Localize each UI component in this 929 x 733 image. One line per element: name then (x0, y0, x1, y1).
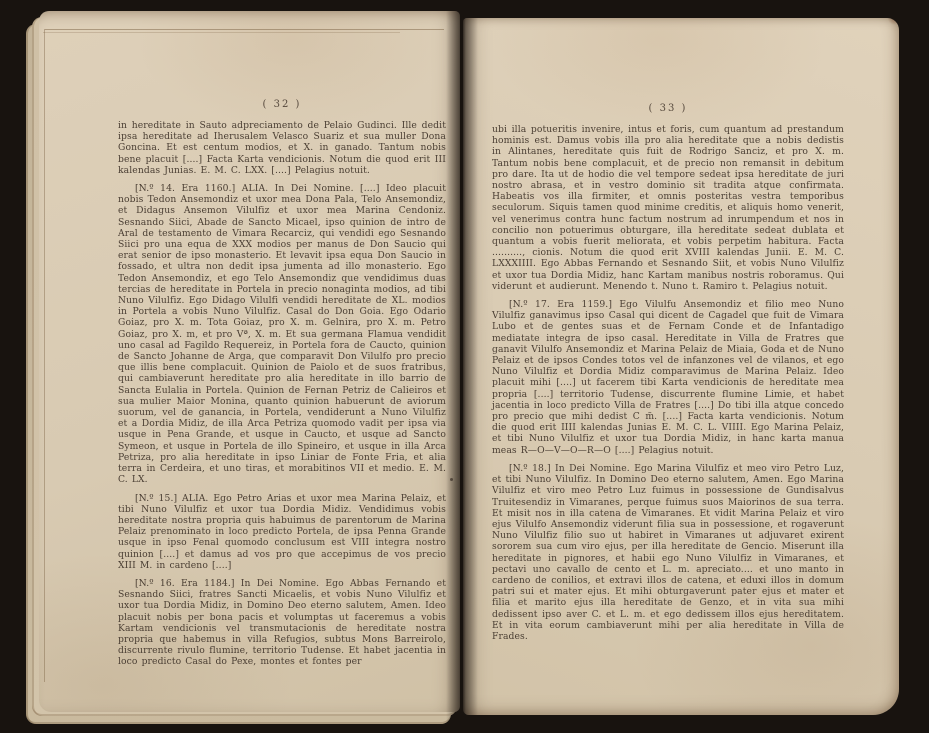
charter-paragraph-n15: [N.º 15.] ALIA. Ego Petro Arias et uxor … (118, 493, 446, 571)
right-page-number: ( 33 ) (492, 103, 844, 114)
right-page: ( 33 ) ubi illa potueritis invenire, int… (463, 18, 899, 715)
charter-paragraph-n16: [N.º 16. Era 1184.] In Dei Nomine. Ego A… (118, 578, 446, 668)
charter-paragraph-n18: [N.º 18.] In Dei Nomine. Ego Marina Vilu… (492, 463, 844, 642)
ink-speck (450, 478, 453, 481)
charter-paragraph-continuation: in hereditate in Sauto adpreciamento de … (118, 120, 446, 176)
page-edge-line (44, 29, 45, 682)
left-page-number: ( 32 ) (118, 99, 446, 110)
page-crease-line (43, 32, 400, 33)
right-page-text-column: ( 33 ) ubi illa potueritis invenire, int… (492, 103, 844, 649)
left-page-text-column: ( 32 ) in hereditate in Sauto adpreciame… (118, 99, 446, 675)
book-spread: ( 32 ) in hereditate in Sauto adpreciame… (0, 0, 929, 733)
page-crease-line (45, 29, 444, 30)
charter-paragraph-continuation: ubi illa potueritis invenire, intus et f… (492, 124, 844, 292)
left-page: ( 32 ) in hereditate in Sauto adpreciame… (39, 11, 460, 712)
charter-paragraph-n14: [N.º 14. Era 1160.] ALIA. In Dei Nomine.… (118, 183, 446, 485)
charter-paragraph-n17: [N.º 17. Era 1159.] Ego Vilulfu Ansemond… (492, 299, 844, 456)
